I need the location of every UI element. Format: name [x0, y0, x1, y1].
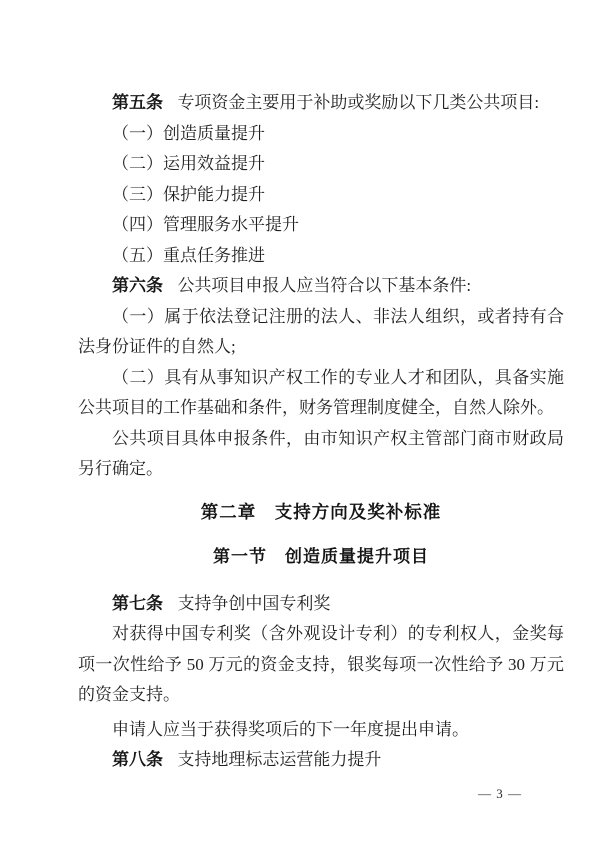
section-1-heading: 第一节 创造质量提升项目 [78, 542, 564, 573]
clause-5: 第五条专项资金主要用于补助或奖励以下几类公共项目: [78, 88, 564, 119]
list-item-1: （一）创造质量提升 [78, 119, 564, 150]
document-body: 第五条专项资金主要用于补助或奖励以下几类公共项目: （一）创造质量提升 （二）运… [78, 88, 564, 776]
list-item-2: （二）运用效益提升 [78, 149, 564, 180]
clause-8: 第八条支持地理标志运营能力提升 [78, 745, 564, 776]
clause-6-condition-2: （二）具有从事知识产权工作的专业人才和团队，具备实施公共项目的工作基础和条件，财… [78, 363, 564, 424]
clause-6-note: 公共项目具体申报条件，由市知识产权主管部门商市财政局另行确定。 [78, 424, 564, 485]
clause-7-number: 第七条 [112, 594, 163, 613]
clause-7-text: 支持争创中国专利奖 [177, 594, 330, 613]
list-item-5: （五）重点任务推进 [78, 241, 564, 272]
clause-5-number: 第五条 [112, 93, 163, 112]
clause-6-text: 公共项目申报人应当符合以下基本条件: [177, 276, 471, 295]
clause-6-number: 第六条 [112, 276, 163, 295]
clause-7: 第七条支持争创中国专利奖 [78, 589, 564, 620]
clause-5-text: 专项资金主要用于补助或奖励以下几类公共项目: [177, 93, 539, 112]
list-item-3: （三）保护能力提升 [78, 180, 564, 211]
clause-8-number: 第八条 [112, 750, 163, 769]
clause-7-detail: 对获得中国专利奖（含外观设计专利）的专利权人，金奖每项一次性给予 50 万元的资… [78, 619, 564, 711]
page-number: — 3 — [478, 786, 522, 802]
document-page: 第五条专项资金主要用于补助或奖励以下几类公共项目: （一）创造质量提升 （二）运… [0, 0, 600, 849]
chapter-2-heading: 第二章 支持方向及奖补标准 [78, 497, 564, 528]
clause-6-condition-1: （一）属于依法登记注册的法人、非法人组织，或者持有合法身份证件的自然人; [78, 302, 564, 363]
clause-6: 第六条公共项目申报人应当符合以下基本条件: [78, 271, 564, 302]
clause-8-text: 支持地理标志运营能力提升 [177, 750, 381, 769]
list-item-4: （四）管理服务水平提升 [78, 210, 564, 241]
clause-7-application-note: 申请人应当于获得奖项后的下一年度提出申请。 [78, 715, 564, 746]
